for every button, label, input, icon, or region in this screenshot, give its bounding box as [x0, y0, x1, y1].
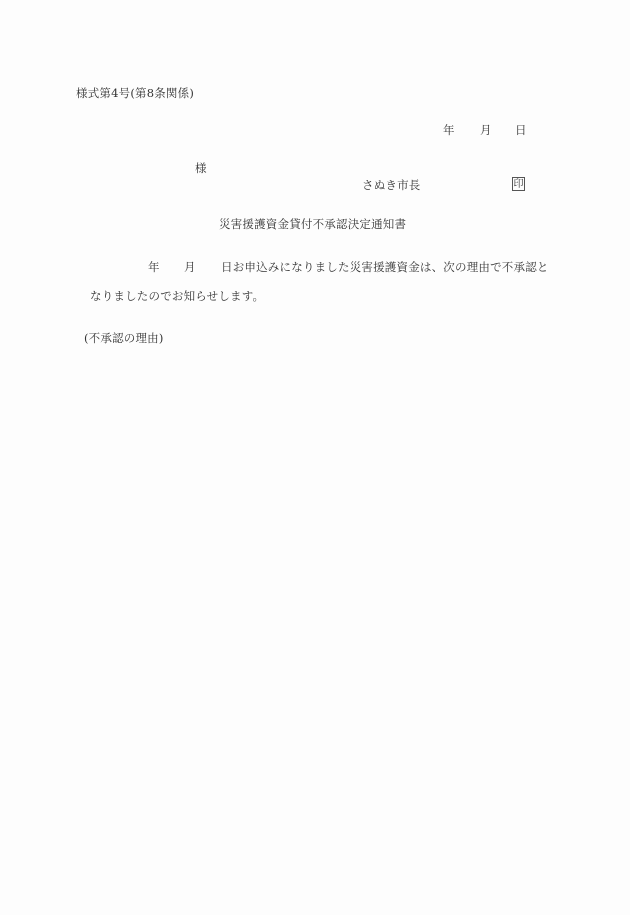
form-number: 様式第4号(第8条関係) — [76, 86, 194, 100]
issuer-name: さぬき市長 — [362, 178, 421, 192]
addressee-honorific: 様 — [195, 161, 207, 175]
body-year-label: 年 — [148, 260, 160, 274]
date-day-label: 日 — [515, 123, 527, 137]
seal-mark-icon: 印 — [512, 177, 525, 191]
document-title: 災害援護資金貸付不承認決定通知書 — [219, 217, 406, 231]
document-page: 様式第4号(第8条関係) 年 月 日 様 さぬき市長 印 災害援護資金貸付不承認… — [0, 0, 630, 915]
date-year-label: 年 — [443, 123, 455, 137]
body-text-line-2: なりましたのでお知らせします。 — [90, 289, 264, 303]
body-month-label: 月 — [184, 260, 196, 274]
date-month-label: 月 — [480, 123, 492, 137]
body-text-line-1: 日お申込みになりました災害援護資金は、次の理由で不承認と — [221, 260, 549, 274]
reason-label: (不承認の理由) — [84, 331, 164, 345]
